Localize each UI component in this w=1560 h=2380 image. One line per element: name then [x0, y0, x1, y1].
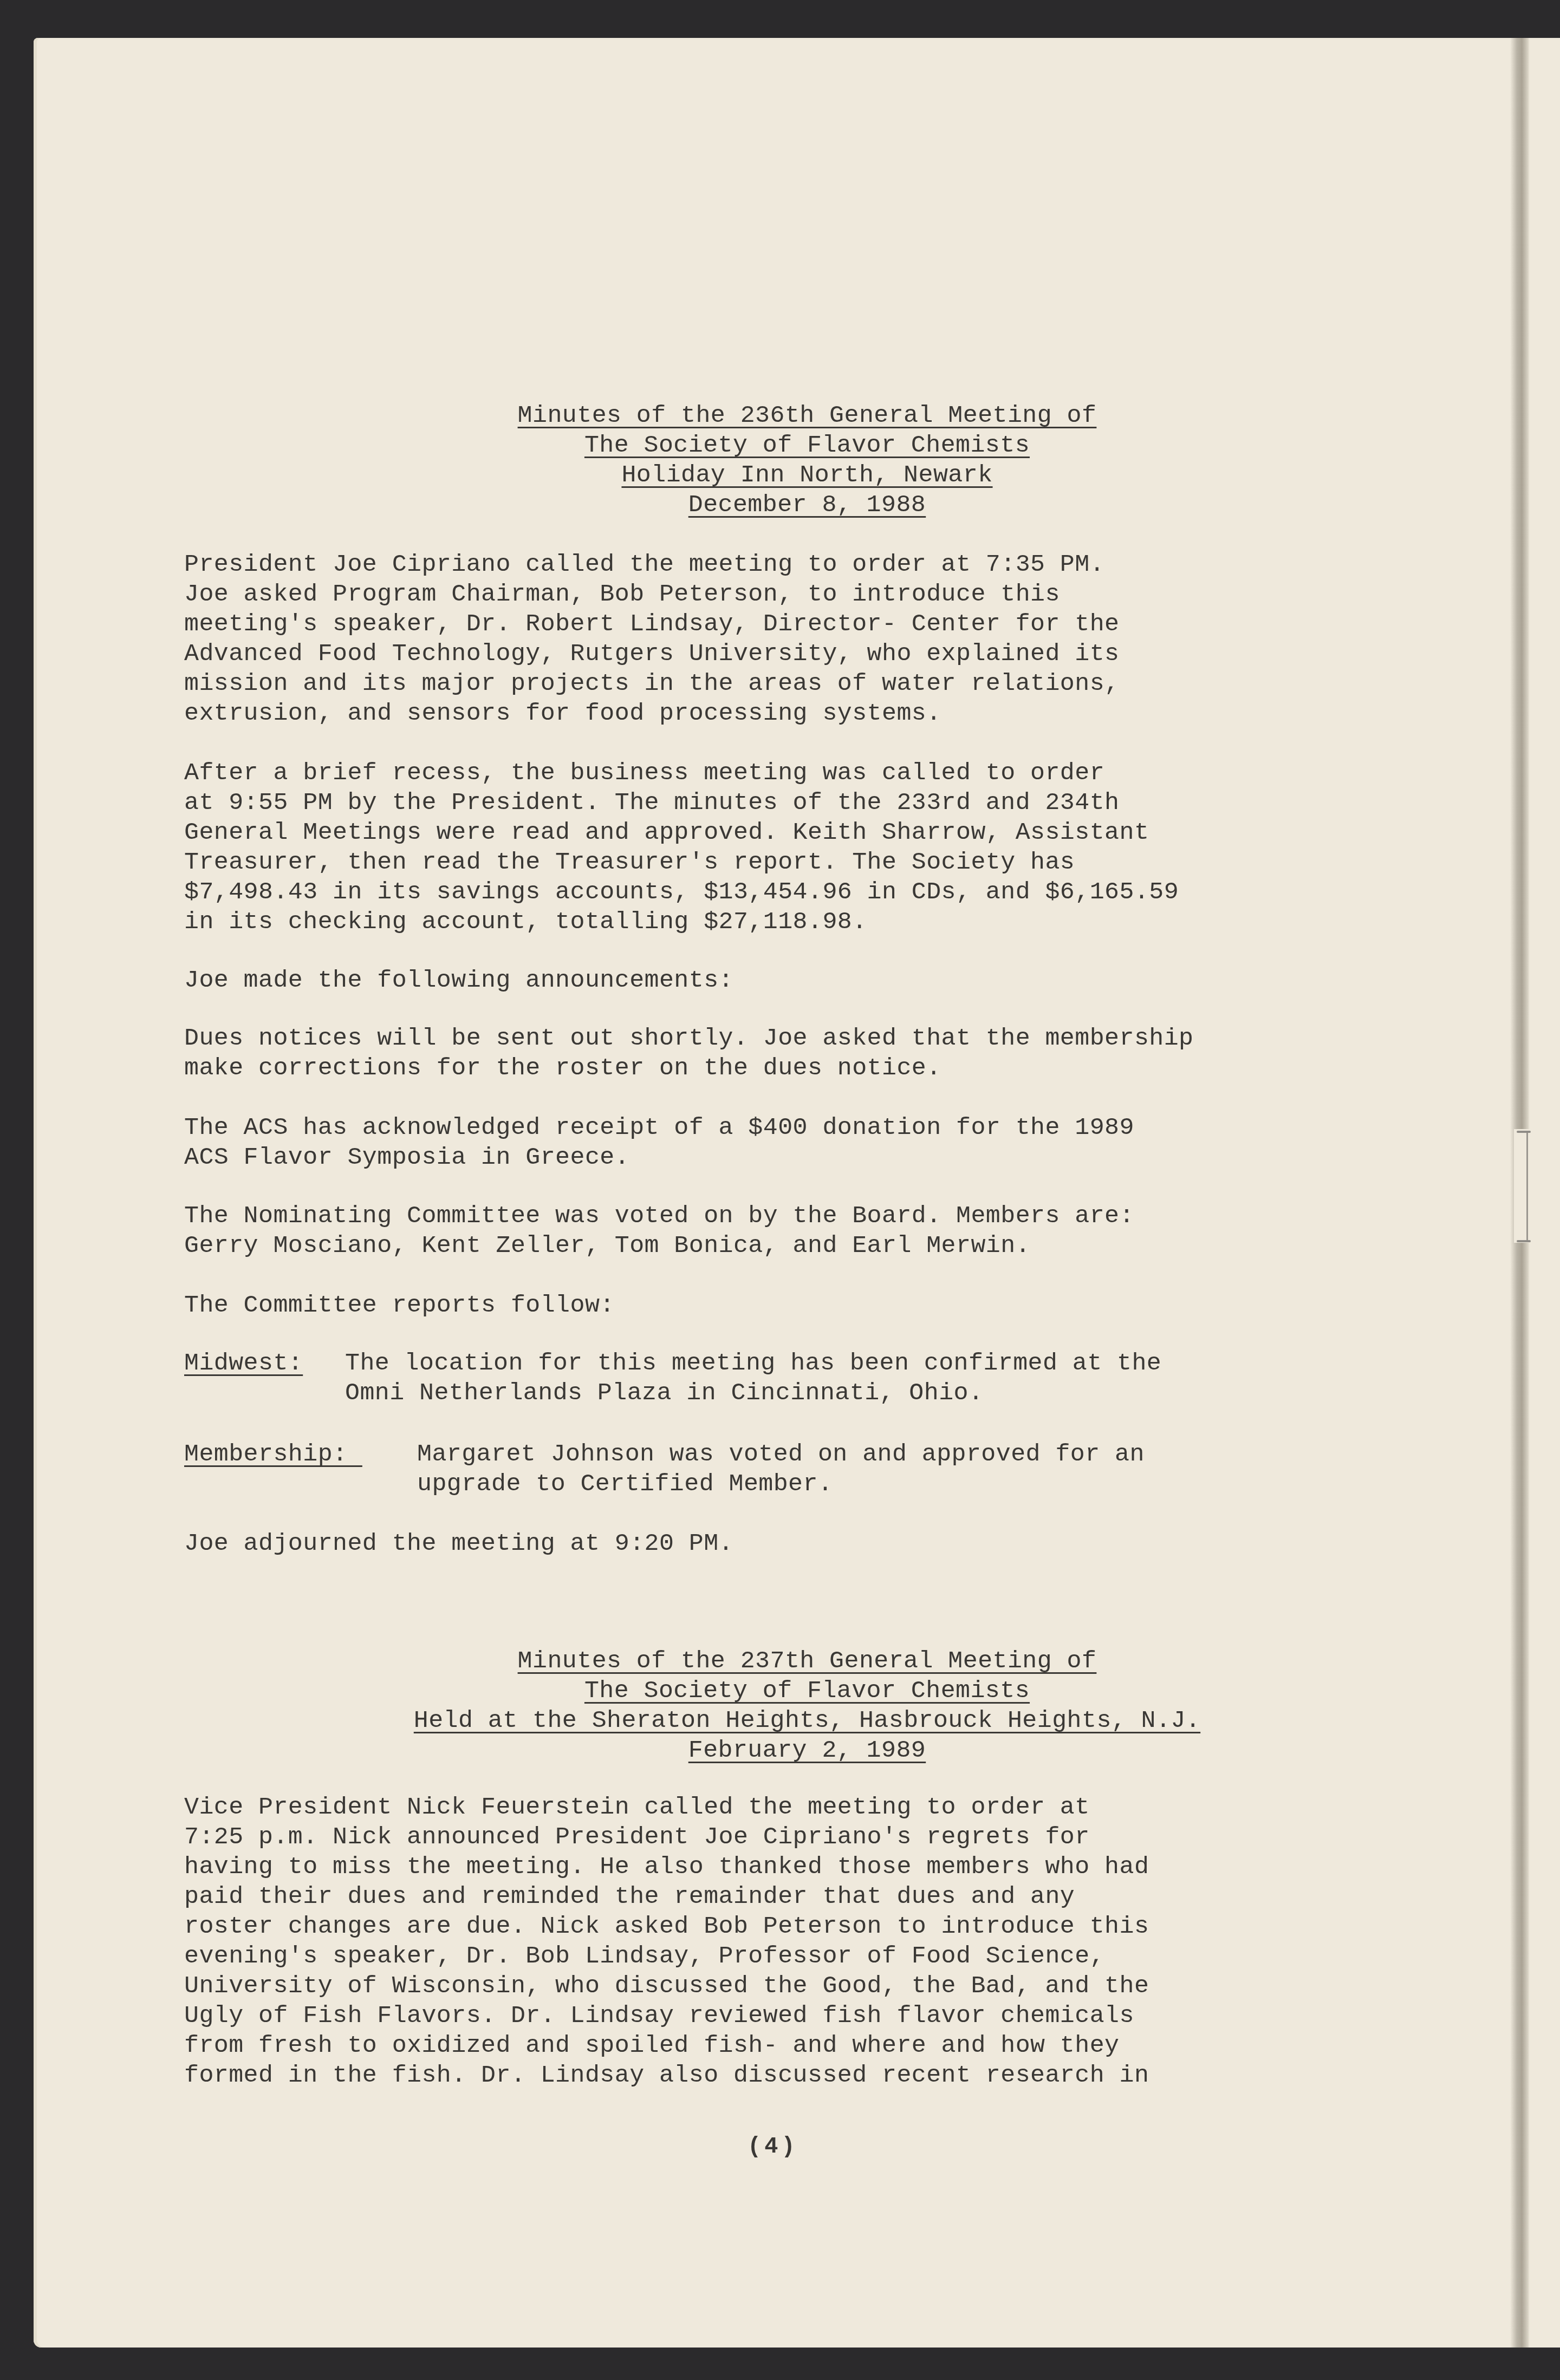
meeting-237-society: The Society of Flavor Chemists [584, 1677, 1030, 1705]
meeting-237-opening-paragraph: Vice President Nick Feuerstein called th… [184, 1792, 1441, 2090]
staple-top-icon [1517, 1131, 1531, 1133]
meeting-236-heading: Minutes of the 236th General Meeting of … [184, 401, 1430, 520]
meeting-236-nominating-paragraph: The Nominating Committee was voted on by… [184, 1201, 1441, 1261]
meeting-237-title: Minutes of the 237th General Meeting of [518, 1647, 1097, 1675]
meeting-236-society: The Society of Flavor Chemists [584, 432, 1030, 459]
meeting-236-reports-intro: The Committee reports follow: [184, 1290, 1441, 1320]
meeting-237-location: Held at the Sheraton Heights, Hasbrouck … [414, 1707, 1200, 1735]
page-number: (4) [747, 2134, 798, 2160]
staple-wire-icon [1526, 1132, 1528, 1240]
meeting-236-business-paragraph: After a brief recess, the business meeti… [184, 758, 1441, 937]
staple-area [1514, 1129, 1533, 1243]
meeting-236-opening-paragraph: President Joe Cipriano called the meetin… [184, 550, 1441, 728]
staple-bottom-icon [1517, 1240, 1531, 1242]
meeting-237-heading: Minutes of the 237th General Meeting of … [184, 1646, 1430, 1765]
meeting-236-dues-paragraph: Dues notices will be sent out shortly. J… [184, 1023, 1441, 1083]
meeting-236-acs-paragraph: The ACS has acknowledged receipt of a $4… [184, 1113, 1441, 1172]
report-label-membership: Membership: [184, 1439, 362, 1469]
meeting-236-location: Holiday Inn North, Newark [621, 461, 992, 489]
meeting-236-title: Minutes of the 236th General Meeting of [518, 402, 1097, 429]
report-text-membership: Margaret Johnson was voted on and approv… [417, 1439, 1145, 1499]
meeting-236-adjourned: Joe adjourned the meeting at 9:20 PM. [184, 1529, 1441, 1559]
meeting-237-date: February 2, 1989 [688, 1737, 926, 1764]
meeting-236-announcements-intro: Joe made the following announcements: [184, 966, 1441, 995]
report-text-midwest: The location for this meeting has been c… [345, 1348, 1161, 1408]
report-label-midwest: Midwest: [184, 1348, 303, 1378]
meeting-236-date: December 8, 1988 [688, 491, 926, 519]
